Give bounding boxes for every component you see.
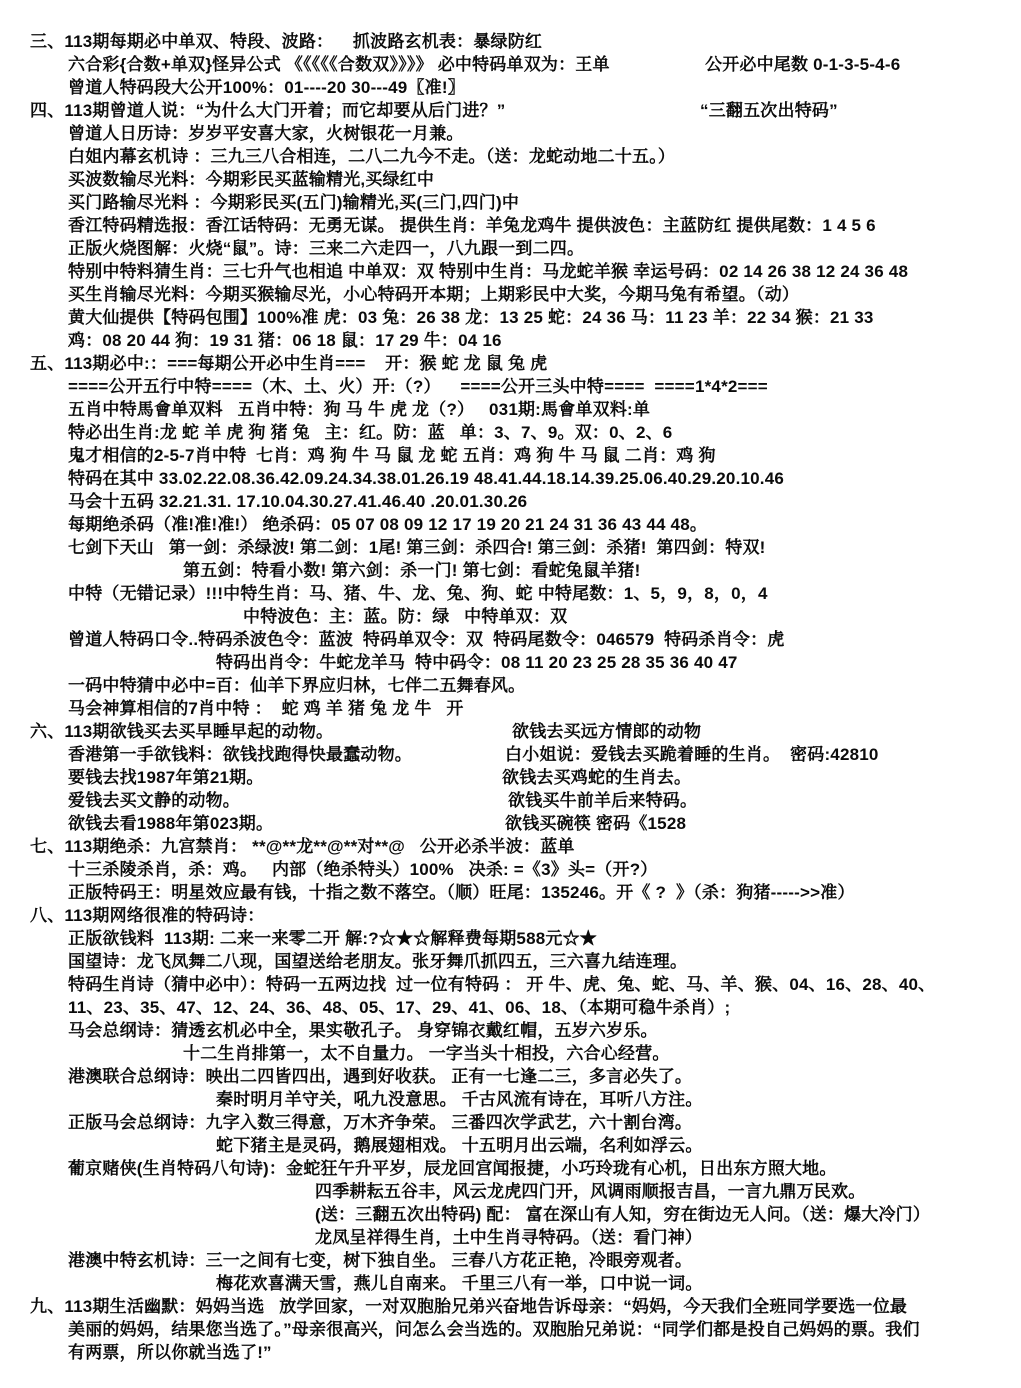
text-line-main: 五、113期必中:：===每期公开必中生肖=== 开：猴 蛇 龙 鼠 兔 虎 bbox=[30, 354, 547, 373]
text-line: 第五剑：特看小数! 第六剑：杀一门! 第七剑：看蛇兔鼠羊猪! bbox=[0, 559, 1021, 582]
text-line-main: 买门路输尽光料 ：今期彩民买(五门)输精光,买(三门,四门)中 bbox=[68, 193, 519, 212]
text-line: 马会十五码 32.21.31. 17.10.04.30.27.41.46.40 … bbox=[0, 490, 1021, 513]
text-line: 黄大仙提供【特码包围】100%准 虎：03 兔：26 38 龙：13 25 蛇：… bbox=[0, 306, 1021, 329]
document-page: 三、113期每期必中单双、特段、波路： 抓波路玄机表：暴绿防红六合彩{合数+单双… bbox=[0, 0, 1021, 1364]
text-line-main: 爱钱去买文静的动物。 bbox=[68, 791, 240, 810]
text-line-main: 葡京赌侠(生肖特码八句诗)：金蛇狂午升平岁，辰龙回宫闻报捷，小巧玲珑有心机，日出… bbox=[68, 1159, 837, 1178]
text-line-main: 正版欲钱料 113期: 二来一来零二开 解:?☆★☆解释费每期588元☆★ bbox=[68, 929, 597, 948]
text-line-right-column: 欲钱去买鸡蛇的生肖去。 bbox=[502, 766, 691, 789]
text-line: 港澳联合总纲诗：映出二四皆四出，遇到好收获。 正有一七逢二三，多言必失了。 bbox=[0, 1065, 1021, 1088]
text-line-main: 中特波色：主：蓝。防：绿 中特单双：双 bbox=[243, 607, 567, 626]
text-line-main: 梅花欢喜满天雪，燕儿自南来。 千里三八有一举，口中说一词。 bbox=[216, 1274, 703, 1293]
text-line: 白姐内幕玄机诗 ：三九三八合相连，二八二九今不走。（送：龙蛇动地二十五。） bbox=[0, 145, 1021, 168]
text-line-main: 特码在其中 33.02.22.08.36.42.09.24.34.38.01.2… bbox=[68, 469, 784, 488]
text-line-main: 五肖中特馬會单双料 五肖中特：狗 马 牛 虎 龙（?） 031期:馬會单双料:单 bbox=[68, 400, 650, 419]
text-line-main: 十二生肖排第一，太不自量力。 一字当头十相投，六合心经营。 bbox=[183, 1044, 670, 1063]
text-line-main: 七、113期绝杀：九宫禁肖： **@**龙**@**对**@ 公开必杀半波：蓝单 bbox=[30, 837, 575, 856]
text-line: 秦时明月羊守关，吼九没意思。 千古风流有诗在，耳听八方注。 bbox=[0, 1088, 1021, 1111]
text-line-right-column: 白小姐说：爱钱去买跪着睡的生肖。 密码:42810 bbox=[505, 743, 879, 766]
text-line-right-column: 欲钱去买远方情郎的动物 bbox=[512, 720, 701, 743]
text-line: 港澳中特玄机诗：三一之间有七变，树下独自坐。 三春八方花正艳，冷眼旁观者。 bbox=[0, 1249, 1021, 1272]
text-line-main: 买生肖输尽光料：今期买猴输尽光，小心特码开本期；上期彩民中大奖，今期马兔有希望。… bbox=[68, 285, 799, 304]
text-line: 中特波色：主：蓝。防：绿 中特单双：双 bbox=[0, 605, 1021, 628]
text-line: 特别中特料猜生肖：三七升气也相追 中单双：双 特别中生肖：马龙蛇羊猴 幸运号码：… bbox=[0, 260, 1021, 283]
text-line: 香江特码精选报：香江话特码：无勇无谋。 提供生肖：羊兔龙鸡牛 提供波色：主蓝防红… bbox=[0, 214, 1021, 237]
text-line-main: 港澳联合总纲诗：映出二四皆四出，遇到好收获。 正有一七逢二三，多言必失了。 bbox=[68, 1067, 692, 1086]
text-line: 鬼才相信的2-5-7肖中特 七肖：鸡 狗 牛 马 鼠 龙 蛇 五肖：鸡 狗 牛 … bbox=[0, 444, 1021, 467]
text-line-main: 11、23、35、47、12、24、36、48、05、17、29、41、06、1… bbox=[68, 998, 730, 1017]
text-line: 特码生肖诗（猜中必中）：特码一五两边找 过一位有特码 ： 开 牛、虎、兔、蛇、马… bbox=[0, 973, 1021, 996]
section-heading: 四、113期曾道人说：“为什么大门开着；而它却要从后门进？”“三翻五次出特码” bbox=[0, 99, 1021, 122]
text-line-main: 正版火烧图解：火烧“鼠”。诗：三来二六走四一，八九跟一到二四。 bbox=[68, 239, 584, 258]
text-line-main: ====公开五行中特====（木、土、火）开:（?） ====公开三头中特===… bbox=[68, 377, 768, 396]
text-line: 曾道人日历诗：岁岁平安喜大家，火树银花一月兼。 bbox=[0, 122, 1021, 145]
text-line: 正版欲钱料 113期: 二来一来零二开 解:?☆★☆解释费每期588元☆★ bbox=[0, 927, 1021, 950]
text-line-main: 欲钱去看1988年第023期。 bbox=[68, 814, 273, 833]
text-line: 马会神算相信的7肖中特 ： 蛇 鸡 羊 猪 兔 龙 牛 开 bbox=[0, 697, 1021, 720]
text-line: 正版马会总纲诗：九字入数三得意，万木齐争荣。 三番四次学武艺，六十割台湾。 bbox=[0, 1111, 1021, 1134]
text-line: 一码中特猜中必中=百：仙羊下界应归林，七伴二五舞春风。 bbox=[0, 674, 1021, 697]
text-line: 四季耕耘五谷丰，风云龙虎四门开，风调雨顺报吉昌，一言九鼎万民欢。 bbox=[0, 1180, 1021, 1203]
text-line-main: 每期绝杀码（准!准!准!） 绝杀码：05 07 08 09 12 17 19 2… bbox=[68, 515, 707, 534]
section-heading: 三、113期每期必中单双、特段、波路： 抓波路玄机表：暴绿防红 bbox=[0, 30, 1021, 53]
text-line-main: 秦时明月羊守关，吼九没意思。 千古风流有诗在，耳听八方注。 bbox=[216, 1090, 703, 1109]
text-line-right-column: “三翻五次出特码” bbox=[700, 99, 838, 122]
text-line-main: 国望诗：龙飞凤舞二八现，国望送给老朋友。张牙舞爪抓四五，三六喜九结连理。 bbox=[68, 952, 687, 971]
text-line-right-column: 公开必中尾数 0-1-3-5-4-6 bbox=[705, 53, 900, 76]
text-line-main: 四季耕耘五谷丰，风云龙虎四门开，风调雨顺报吉昌，一言九鼎万民欢。 bbox=[315, 1182, 865, 1201]
text-line-main: 蛇下猪主是灵码，鹅展翅相戏。 十五明月出云端，名利如浮云。 bbox=[216, 1136, 703, 1155]
text-line: 正版火烧图解：火烧“鼠”。诗：三来二六走四一，八九跟一到二四。 bbox=[0, 237, 1021, 260]
text-line-main: 美丽的妈妈，结果您当选了。”母亲很高兴，问怎么会当选的。双胞胎兄弟说：“同学们都… bbox=[68, 1320, 920, 1339]
text-line: 爱钱去买文静的动物。欲钱买牛前羊后来特码。 bbox=[0, 789, 1021, 812]
text-line-main: 十三杀陵杀肖，杀：鸡。 内部（绝杀特头）100% 决杀: =《3》头=（开?） bbox=[68, 860, 658, 879]
text-line-main: 买波数输尽光料：今期彩民买蓝输精光,买绿红中 bbox=[68, 170, 434, 189]
text-line-main: 曾道人特码口令..特码杀波色令：蓝波 特码单双令：双 特码尾数令：046579 … bbox=[68, 630, 785, 649]
text-line: 梅花欢喜满天雪，燕儿自南来。 千里三八有一举，口中说一词。 bbox=[0, 1272, 1021, 1295]
text-line: 中特（无错记录）!!!中特生肖：马、猪、牛、龙、兔、狗、蛇 中特尾数：1、5，9… bbox=[0, 582, 1021, 605]
text-line-main: 白姐内幕玄机诗 ：三九三八合相连，二八二九今不走。（送：龙蛇动地二十五。） bbox=[68, 147, 675, 166]
text-line-main: 要钱去找1987年第21期。 bbox=[68, 768, 264, 787]
text-line: 曾道人特码口令..特码杀波色令：蓝波 特码单双令：双 特码尾数令：046579 … bbox=[0, 628, 1021, 651]
text-line: 国望诗：龙飞凤舞二八现，国望送给老朋友。张牙舞爪抓四五，三六喜九结连理。 bbox=[0, 950, 1021, 973]
text-line: 十三杀陵杀肖，杀：鸡。 内部（绝杀特头）100% 决杀: =《3》头=（开?） bbox=[0, 858, 1021, 881]
text-line: 每期绝杀码（准!准!准!） 绝杀码：05 07 08 09 12 17 19 2… bbox=[0, 513, 1021, 536]
section-heading: 五、113期必中:：===每期公开必中生肖=== 开：猴 蛇 龙 鼠 兔 虎 bbox=[0, 352, 1021, 375]
text-line: (送：三翻五次出特码) 配： 富在深山有人知，穷在街边无人问。（送：爆大冷门） bbox=[0, 1203, 1021, 1226]
text-line: ====公开五行中特====（木、土、火）开:（?） ====公开三头中特===… bbox=[0, 375, 1021, 398]
text-line-main: 正版特码王：明星效应最有钱，十指之数不落空。（顺）旺尾：135246。开《 ? … bbox=[68, 883, 855, 902]
text-line: 买门路输尽光料 ：今期彩民买(五门)输精光,买(三门,四门)中 bbox=[0, 191, 1021, 214]
text-line-main: 马会十五码 32.21.31. 17.10.04.30.27.41.46.40 … bbox=[68, 492, 527, 511]
text-line-main: 七剑下天山 第一剑：杀绿波! 第二剑：1尾! 第三剑：杀四合! 第三剑：杀猪! … bbox=[68, 538, 766, 557]
text-line: 买波数输尽光料：今期彩民买蓝输精光,买绿红中 bbox=[0, 168, 1021, 191]
text-line: 六合彩{合数+单双}怪异公式 《《《《《合数双》》》》 必中特码单双为：王单公开… bbox=[0, 53, 1021, 76]
text-line-main: 香江特码精选报：香江话特码：无勇无谋。 提供生肖：羊兔龙鸡牛 提供波色：主蓝防红… bbox=[68, 216, 876, 235]
text-line-right-column: 欲钱买牛前羊后来特码。 bbox=[508, 789, 697, 812]
text-line: 七剑下天山 第一剑：杀绿波! 第二剑：1尾! 第三剑：杀四合! 第三剑：杀猪! … bbox=[0, 536, 1021, 559]
text-line-main: 九、113期生活幽默：妈妈当选 放学回家，一对双胞胎兄弟兴奋地告诉母亲：“妈妈，… bbox=[30, 1297, 907, 1316]
text-line: 香港第一手欲钱料：欲钱找跑得快最蠢动物。白小姐说：爱钱去买跪着睡的生肖。 密码:… bbox=[0, 743, 1021, 766]
text-line-main: 马会神算相信的7肖中特 ： 蛇 鸡 羊 猪 兔 龙 牛 开 bbox=[68, 699, 464, 718]
text-line-right-column: 欲钱买碗筷 密码《1528 bbox=[505, 812, 686, 835]
section-heading: 八、113期网络很准的特码诗： bbox=[0, 904, 1021, 927]
text-line: 曾道人特码段大公开100%：01----20 30---49〖准!〗 bbox=[0, 76, 1021, 99]
text-line: 特必出生肖:龙 蛇 羊 虎 狗 猪 兔 主：红。防：蓝 单：3、7、9。双：0、… bbox=[0, 421, 1021, 444]
section-heading: 九、113期生活幽默：妈妈当选 放学回家，一对双胞胎兄弟兴奋地告诉母亲：“妈妈，… bbox=[0, 1295, 1021, 1318]
text-line-main: 鸡：08 20 44 狗：19 31 猪：06 18 鼠：17 29 牛：04 … bbox=[68, 331, 502, 350]
text-line-main: 马会总纲诗：猜透玄机必中全，果实敬孔子。 身穿锦衣戴红帽，五岁六岁乐。 bbox=[68, 1021, 658, 1040]
text-line-main: (送：三翻五次出特码) 配： 富在深山有人知，穷在街边无人问。（送：爆大冷门） bbox=[315, 1205, 930, 1224]
text-line: 买生肖输尽光料：今期买猴输尽光，小心特码开本期；上期彩民中大奖，今期马兔有希望。… bbox=[0, 283, 1021, 306]
text-line: 龙凤呈祥得生肖，土中生肖寻特码。（送：看门神） bbox=[0, 1226, 1021, 1249]
text-line: 要钱去找1987年第21期。欲钱去买鸡蛇的生肖去。 bbox=[0, 766, 1021, 789]
text-line-main: 正版马会总纲诗：九字入数三得意，万木齐争荣。 三番四次学武艺，六十割台湾。 bbox=[68, 1113, 692, 1132]
text-line: 葡京赌侠(生肖特码八句诗)：金蛇狂午升平岁，辰龙回宫闻报捷，小巧玲珑有心机，日出… bbox=[0, 1157, 1021, 1180]
text-line: 蛇下猪主是灵码，鹅展翅相戏。 十五明月出云端，名利如浮云。 bbox=[0, 1134, 1021, 1157]
text-line: 美丽的妈妈，结果您当选了。”母亲很高兴，问怎么会当选的。双胞胎兄弟说：“同学们都… bbox=[0, 1318, 1021, 1341]
section-heading: 七、113期绝杀：九宫禁肖： **@**龙**@**对**@ 公开必杀半波：蓝单 bbox=[0, 835, 1021, 858]
text-line-main: 特码出肖令：牛蛇龙羊马 特中码令：08 11 20 23 25 28 35 36… bbox=[216, 653, 738, 672]
text-line: 五肖中特馬會单双料 五肖中特：狗 马 牛 虎 龙（?） 031期:馬會单双料:单 bbox=[0, 398, 1021, 421]
text-line: 十二生肖排第一，太不自量力。 一字当头十相投，六合心经营。 bbox=[0, 1042, 1021, 1065]
text-line-main: 四、113期曾道人说：“为什么大门开着；而它却要从后门进？” bbox=[30, 101, 505, 120]
text-line-main: 曾道人日历诗：岁岁平安喜大家，火树银花一月兼。 bbox=[68, 124, 464, 143]
text-line: 有两票，所以你就当选了!” bbox=[0, 1341, 1021, 1364]
text-line-main: 黄大仙提供【特码包围】100%准 虎：03 兔：26 38 龙：13 25 蛇：… bbox=[68, 308, 874, 327]
section-heading: 六、113期欲钱买去买早睡早起的动物。欲钱去买远方情郎的动物 bbox=[0, 720, 1021, 743]
text-line-main: 港澳中特玄机诗：三一之间有七变，树下独自坐。 三春八方花正艳，冷眼旁观者。 bbox=[68, 1251, 692, 1270]
text-line-main: 鬼才相信的2-5-7肖中特 七肖：鸡 狗 牛 马 鼠 龙 蛇 五肖：鸡 狗 牛 … bbox=[68, 446, 716, 465]
text-line: 正版特码王：明星效应最有钱，十指之数不落空。（顺）旺尾：135246。开《 ? … bbox=[0, 881, 1021, 904]
text-line: 特码出肖令：牛蛇龙羊马 特中码令：08 11 20 23 25 28 35 36… bbox=[0, 651, 1021, 674]
text-line-main: 中特（无错记录）!!!中特生肖：马、猪、牛、龙、兔、狗、蛇 中特尾数：1、5，9… bbox=[68, 584, 768, 603]
text-line-main: 特码生肖诗（猜中必中）：特码一五两边找 过一位有特码 ： 开 牛、虎、兔、蛇、马… bbox=[68, 975, 935, 994]
text-line-main: 有两票，所以你就当选了!” bbox=[68, 1343, 272, 1362]
text-line-main: 香港第一手欲钱料：欲钱找跑得快最蠢动物。 bbox=[68, 745, 412, 764]
text-line: 欲钱去看1988年第023期。欲钱买碗筷 密码《1528 bbox=[0, 812, 1021, 835]
text-line-main: 六合彩{合数+单双}怪异公式 《《《《《合数双》》》》 必中特码单双为：王单 bbox=[68, 55, 610, 74]
text-line-main: 龙凤呈祥得生肖，土中生肖寻特码。（送：看门神） bbox=[315, 1228, 702, 1247]
text-line: 11、23、35、47、12、24、36、48、05、17、29、41、06、1… bbox=[0, 996, 1021, 1019]
text-line-main: 特别中特料猜生肖：三七升气也相追 中单双：双 特别中生肖：马龙蛇羊猴 幸运号码：… bbox=[68, 262, 908, 281]
text-line-main: 一码中特猜中必中=百：仙羊下界应归林，七伴二五舞春风。 bbox=[68, 676, 525, 695]
text-line-main: 第五剑：特看小数! 第六剑：杀一门! 第七剑：看蛇兔鼠羊猪! bbox=[183, 561, 640, 580]
text-line: 马会总纲诗：猜透玄机必中全，果实敬孔子。 身穿锦衣戴红帽，五岁六岁乐。 bbox=[0, 1019, 1021, 1042]
text-line: 鸡：08 20 44 狗：19 31 猪：06 18 鼠：17 29 牛：04 … bbox=[0, 329, 1021, 352]
text-line-main: 特必出生肖:龙 蛇 羊 虎 狗 猪 兔 主：红。防：蓝 单：3、7、9。双：0、… bbox=[68, 423, 672, 442]
text-line-main: 八、113期网络很准的特码诗： bbox=[30, 906, 264, 925]
text-line: 特码在其中 33.02.22.08.36.42.09.24.34.38.01.2… bbox=[0, 467, 1021, 490]
text-line-main: 六、113期欲钱买去买早睡早起的动物。 bbox=[30, 722, 333, 741]
text-line-main: 曾道人特码段大公开100%：01----20 30---49〖准!〗 bbox=[68, 78, 465, 97]
text-line-main: 三、113期每期必中单双、特段、波路： 抓波路玄机表：暴绿防红 bbox=[30, 32, 542, 51]
